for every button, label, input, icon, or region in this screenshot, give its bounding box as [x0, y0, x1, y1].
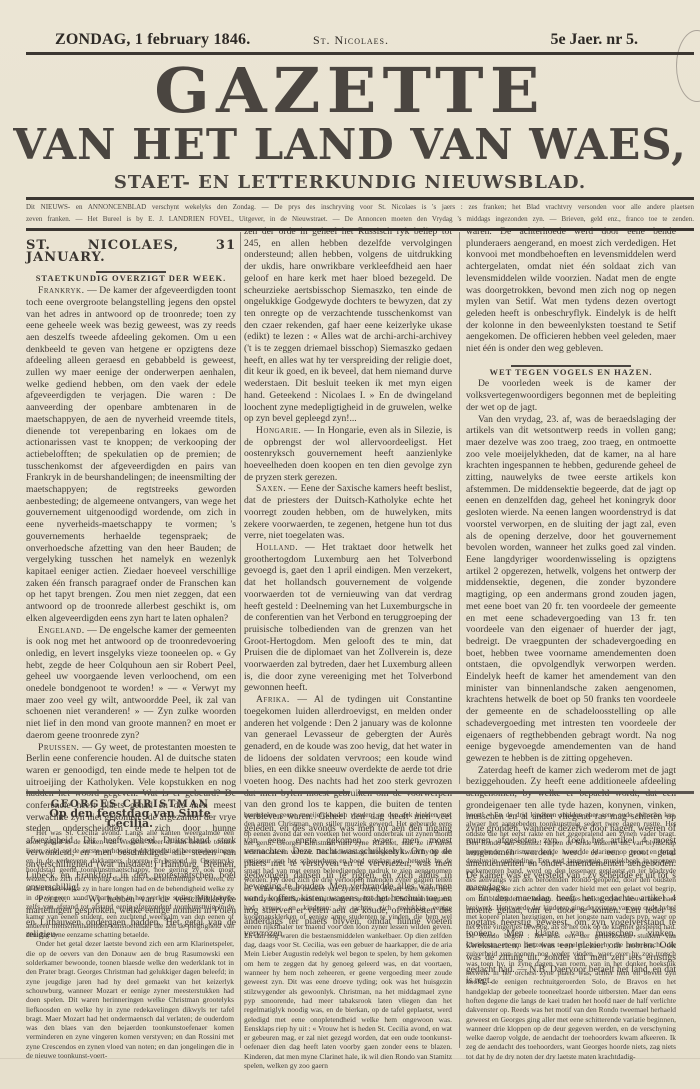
country-label: Engeland. — [38, 625, 85, 636]
country-label: Hongarie. — [256, 425, 301, 436]
masthead-title: GAZETTE — [0, 58, 700, 124]
subscription-notice: Dit NIEUWS- en ANNONCENBLAD verschynt we… — [26, 201, 694, 227]
news-text: — De kamer der afgeveerdigden toont toch… — [26, 285, 236, 624]
article-paragraph: Van den vrydag, 23. af, was de beraedsla… — [466, 414, 676, 765]
feuilleton-paragraph: hoort! » En de drie kinderen snelden nae… — [466, 810, 676, 1061]
country-label: Pruissen. — [38, 742, 79, 753]
column-separator — [459, 800, 460, 1048]
header-dateline: ZONDAG, 1 february 1846. St. Nicolaes. 5… — [55, 31, 638, 51]
news-item-saxen: Saxen. — Eene der Saxische kamers heeft … — [244, 483, 452, 542]
issue-number: 5e Jaer. nr 5. — [550, 31, 638, 49]
section-title-jagtwet: WET TEGEN VOGELS EN HAZEN. — [466, 367, 676, 379]
news-item-engeland: Engeland. — De engelsche kamer der gemee… — [26, 625, 236, 742]
news-item-frankryk: Frankryk. — De kamer der afgeveerdigden … — [26, 285, 236, 624]
news-text: — De engelsche kamer der gemeenten is oo… — [26, 625, 236, 741]
feuilleton-column-3: hoort! » En de drie kinderen snelden nae… — [466, 810, 676, 1061]
country-label: Frankryk. — [38, 285, 84, 296]
newspaper-page: ZONDAG, 1 february 1846. St. Nicolaes. 5… — [0, 0, 700, 1089]
news-item-rusland-cont: zen der orde in geheel het Russisch ryk … — [244, 226, 452, 425]
feuilleton-column-2: brengselen geene moeijelykheden vonden, … — [244, 810, 452, 1070]
notice-line-1: Dit NIEUWS- en ANNONCENBLAD verschynt we… — [26, 201, 694, 213]
publication-place: St. Nicolaes. — [313, 33, 389, 48]
feuilleton-paragraph: Onder het getal dezer laetste bevond zic… — [26, 939, 234, 1060]
news-text: zen der orde in geheel het Russisch ryk … — [244, 226, 452, 424]
feuilleton-rule-left — [26, 791, 350, 794]
feuilleton-paragraph: Het was St. Cecilia avond. Langs alle ka… — [26, 828, 234, 940]
masthead-title-line2: VAN HET LAND VAN WAES, — [0, 120, 700, 170]
section-title-overzigt: STAETKUNDIG OVERZIGT DER WEEK. — [26, 273, 236, 285]
news-item-holland: Holland. — Het traktaet door hetwelk het… — [244, 542, 452, 694]
page-fold — [0, 1058, 700, 1059]
country-label: Afrika. — [256, 694, 290, 705]
masthead-subtitle: STAET- EN LETTERKUNDIG NIEUWSBLAD. — [0, 172, 700, 194]
feuilleton-paragraph: brengselen geene moeijelykheden vonden, … — [244, 810, 452, 1070]
country-label: Holland. — [256, 542, 298, 553]
news-item-hongarie: Hongarie. — In Hongarie, even als in Sil… — [244, 425, 452, 484]
issue-date: ZONDAG, 1 february 1846. — [55, 31, 250, 49]
country-label: Saxen. — [256, 483, 286, 494]
feuilleton-rule-right — [358, 791, 694, 794]
news-item-afrika-cont: waren. De achterhoede werd door eene ben… — [466, 226, 676, 355]
column-separator — [459, 232, 460, 784]
column-separator — [240, 800, 241, 1048]
news-text: — Het traktaet door hetwelk het groother… — [244, 542, 452, 693]
article-paragraph: De voorleden week is de kamer der volksv… — [466, 378, 676, 413]
feuilleton-subtitle: Op den feestdag van Sinte Cecilia. — [26, 809, 234, 828]
main-dateline: ST. NICOLAES, 31 JANUARY. — [26, 240, 236, 263]
column-separator — [240, 232, 241, 784]
notice-line-2: zeven franken. — Het Bureel is by E. J. … — [26, 213, 694, 225]
notice-top-rule — [26, 197, 694, 200]
feuilleton-column-1: GEORGES CHRISTMAN Op den feestdag van Si… — [26, 800, 234, 1060]
